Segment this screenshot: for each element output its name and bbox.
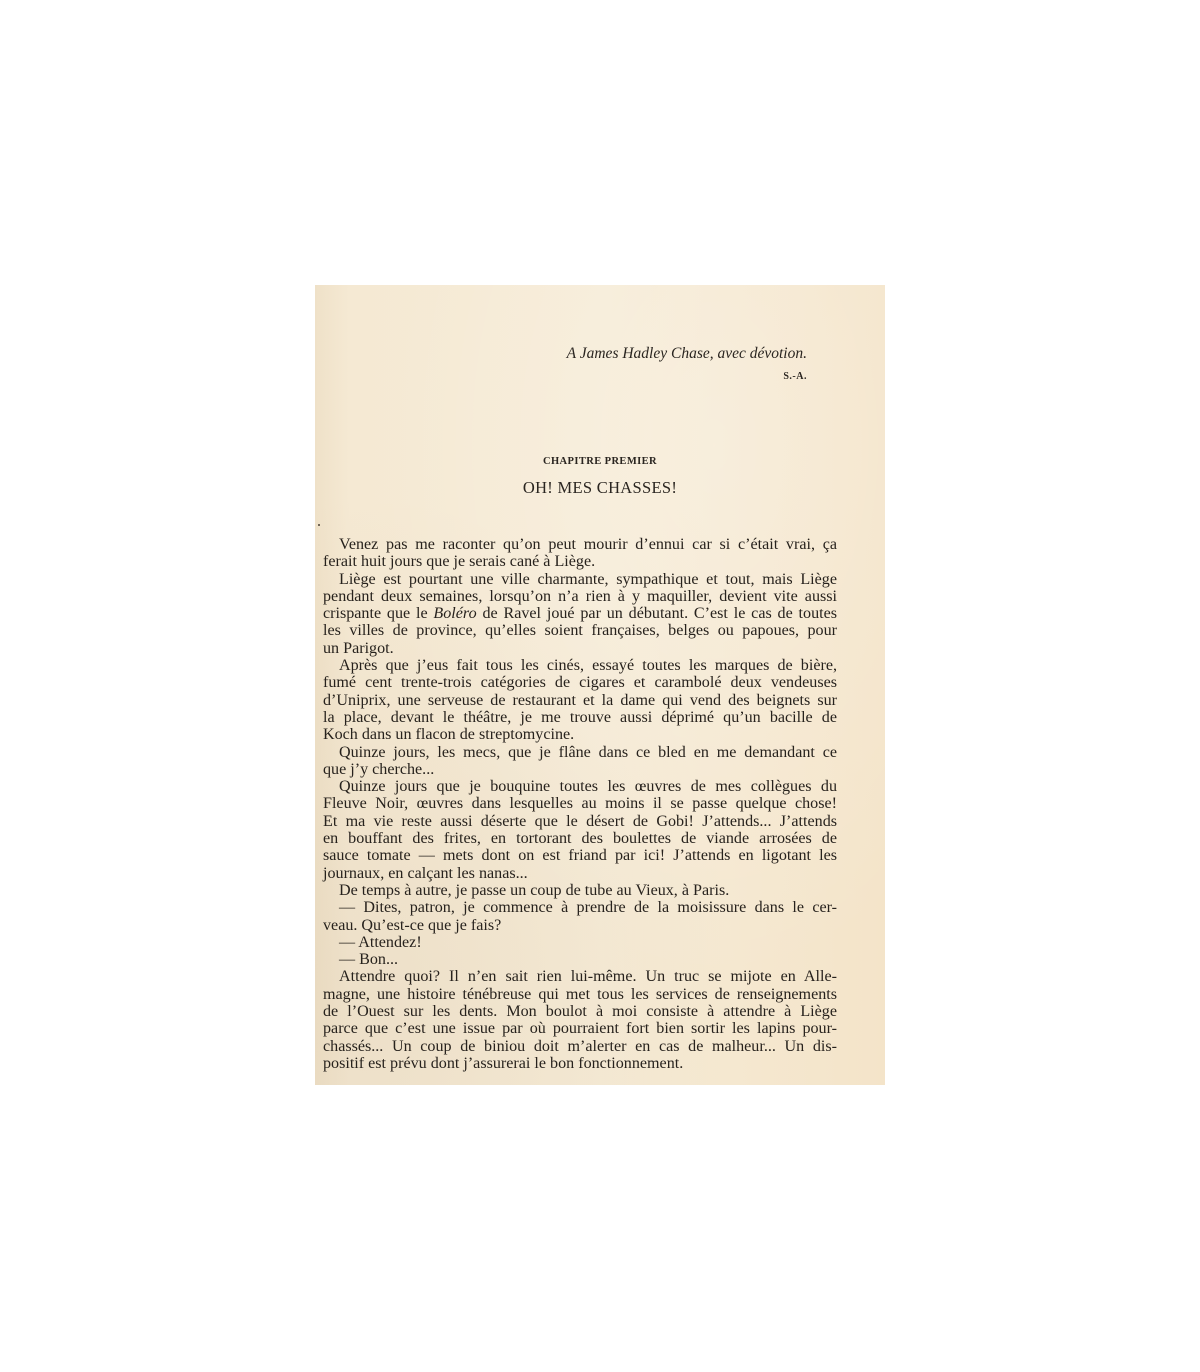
text-line: d’Uniprix, une serveuse de restaurant et… bbox=[323, 692, 837, 709]
text-line: Attendre quoi? Il n’en sait rien lui-mêm… bbox=[323, 968, 837, 985]
text-line: Quinze jours, les mecs, que je flâne dan… bbox=[323, 744, 837, 761]
text-line: parce que c’est une issue par où pourrai… bbox=[323, 1020, 837, 1037]
text-line: positif est prévu dont j’assurerai le bo… bbox=[323, 1055, 837, 1072]
paragraph: Quinze jours, les mecs, que je flâne dan… bbox=[323, 744, 837, 779]
paragraph: — Dites, patron, je commence à prendre d… bbox=[323, 899, 837, 934]
text-line: De temps à autre, je passe un coup de tu… bbox=[323, 882, 837, 899]
chapter-label: CHAPITRE PREMIER bbox=[315, 456, 885, 467]
text-line: — Attendez! bbox=[323, 934, 837, 951]
paragraph: Après que j’eus fait tous les cinés, ess… bbox=[323, 657, 837, 743]
paragraph: Liège est pourtant une ville charmante, … bbox=[323, 571, 837, 657]
paragraph: Attendre quoi? Il n’en sait rien lui-mêm… bbox=[323, 968, 837, 1072]
text-line: — Dites, patron, je commence à prendre d… bbox=[323, 899, 837, 916]
text-line: que j’y cherche... bbox=[323, 761, 837, 778]
text-line: Fleuve Noir, œuvres dans lesquelles au m… bbox=[323, 795, 837, 812]
text-line: crispante que le Boléro de Ravel joué pa… bbox=[323, 605, 837, 622]
text-line: Et ma vie reste aussi déserte que le dés… bbox=[323, 813, 837, 830]
text-line: journaux, en calçant les nanas... bbox=[323, 865, 837, 882]
text-line: Koch dans un flacon de streptomycine. bbox=[323, 726, 837, 743]
dedication-signature: S.-A. bbox=[783, 371, 807, 382]
text-line: sauce tomate — mets dont on est friand p… bbox=[323, 847, 837, 864]
text-line: la place, devant le théâtre, je me trouv… bbox=[323, 709, 837, 726]
text-line: en bouffant des frites, en tortorant des… bbox=[323, 830, 837, 847]
text-line: fumé cent trente-trois catégories de cig… bbox=[323, 674, 837, 691]
text-line: de l’Ouest sur les dents. Mon boulot à m… bbox=[323, 1003, 837, 1020]
text-line: Venez pas me raconter qu’on peut mourir … bbox=[323, 536, 837, 553]
text-line: veau. Qu’est-ce que je fais? bbox=[323, 917, 837, 934]
chapter-body: Venez pas me raconter qu’on peut mourir … bbox=[323, 536, 837, 1072]
chapter-title: OH! MES CHASSES! bbox=[315, 478, 885, 498]
paragraph: Quinze jours que je bouquine toutes les … bbox=[323, 778, 837, 882]
text-line: ferait huit jours que je serais cané à L… bbox=[323, 553, 837, 570]
text-line: Liège est pourtant une ville charmante, … bbox=[323, 571, 837, 588]
text-line: chassés... Un coup de biniou doit m’aler… bbox=[323, 1038, 837, 1055]
paragraph: De temps à autre, je passe un coup de tu… bbox=[323, 882, 837, 899]
page-speck bbox=[318, 524, 320, 526]
paragraph: — Attendez! bbox=[323, 934, 837, 951]
text-line: un Parigot. bbox=[323, 640, 837, 657]
dedication: A James Hadley Chase, avec dévotion. bbox=[567, 345, 807, 363]
text-line: Après que j’eus fait tous les cinés, ess… bbox=[323, 657, 837, 674]
book-page: A James Hadley Chase, avec dévotion. S.-… bbox=[315, 285, 885, 1085]
text-line: magne, une histoire ténébreuse qui met t… bbox=[323, 986, 837, 1003]
paragraph: Venez pas me raconter qu’on peut mourir … bbox=[323, 536, 837, 571]
italic-title: Boléro bbox=[433, 605, 476, 622]
text-line: Quinze jours que je bouquine toutes les … bbox=[323, 778, 837, 795]
text-line: pendant deux semaines, lorsqu’on n’a rie… bbox=[323, 588, 837, 605]
text-line: — Bon... bbox=[323, 951, 837, 968]
paragraph: — Bon... bbox=[323, 951, 837, 968]
text-line: les villes de province, qu’elles soient … bbox=[323, 622, 837, 639]
